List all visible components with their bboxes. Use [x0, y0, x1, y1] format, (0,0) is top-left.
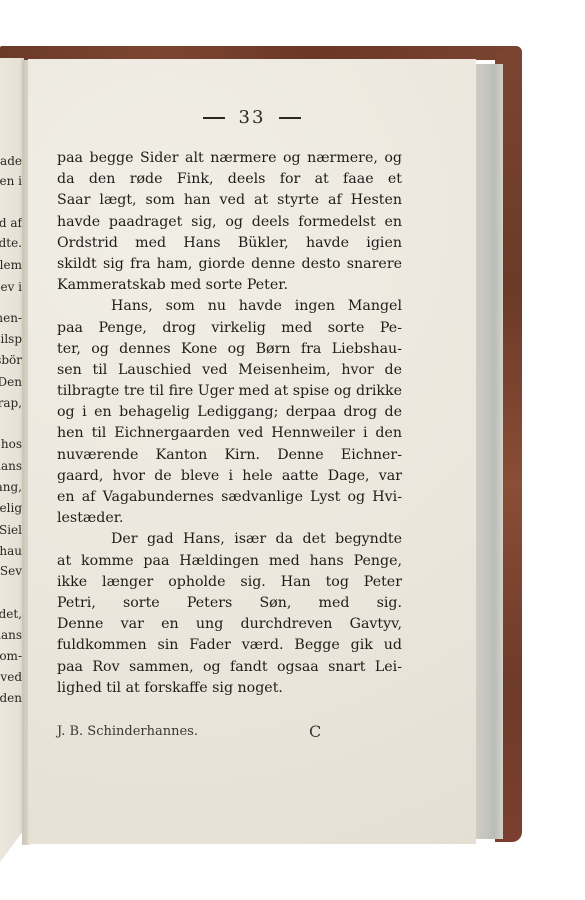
left-page-fragment: Sien i — [0, 174, 22, 188]
page-header: 33 — [28, 107, 476, 128]
left-page-fragment: indet, — [0, 607, 22, 621]
left-page-fragment: Den — [0, 375, 22, 389]
book-cover-top-edge — [0, 46, 522, 60]
text-line: Kammeratskab med sorte Peter. — [57, 275, 402, 296]
left-page-fragment: hans — [0, 628, 22, 642]
left-page-fragment: trap, — [0, 396, 22, 410]
text-line: havde paadraget sig, og deels formedelst… — [57, 212, 402, 233]
text-line: paa Rov sammen, og fandt ogsaa snart Lei… — [57, 657, 402, 678]
left-page-fragment: Sev — [0, 564, 22, 578]
text-line: Saar lægt, som han ved at styrte af Hest… — [57, 190, 402, 211]
text-line: tilbragte tre til fire Uger med at spise… — [57, 381, 402, 402]
text-line: paa Penge, drog virkelig med sorte Pe- — [57, 318, 402, 339]
left-page-fragment: flade — [0, 154, 22, 168]
text-line: paa begge Sider alt nærmere og nærmere, … — [57, 148, 402, 169]
left-page-fragment: hans — [0, 459, 22, 473]
left-page-fragment: tilsp — [0, 332, 22, 346]
text-line: ikke længer opholde sig. Han tog Peter — [57, 572, 402, 593]
left-page-fragment: Siel — [0, 523, 22, 537]
left-page-fragment: e ved — [0, 670, 22, 684]
text-line: ter, og dennes Kone og Børn fra Liebshau… — [57, 339, 402, 360]
left-page-fragment: ud af — [0, 216, 22, 230]
left-page-fragment: kom- — [0, 649, 22, 663]
left-page-fragment: endte. — [0, 236, 22, 250]
text-line: sen til Lauschied ved Meisenheim, hvor d… — [57, 360, 402, 381]
text-line: Denne var en ung durchdreven Gavtyv, — [57, 614, 402, 635]
text-line: at komme paa Hældingen med hans Penge, — [57, 551, 402, 572]
text-line: nuværende Kanton Kirn. Denne Eichner- — [57, 445, 402, 466]
left-page-fragment: ang, — [0, 480, 22, 494]
left-page-fragment: isbör — [0, 353, 22, 367]
left-page-fragment: lev i — [0, 280, 22, 294]
text-line: skildt sig fra ham, giorde denne desto s… — [57, 254, 402, 275]
left-page-fragment: ellem — [0, 258, 22, 272]
running-title: J. B. Schinderhannes. — [57, 724, 198, 739]
header-dash-right — [279, 117, 301, 119]
page-block-edge — [474, 64, 503, 839]
text-line: Hans, som nu havde ingen Mangel — [57, 296, 402, 317]
text-line: en af Vagabundernes sædvanlige Lyst og H… — [57, 487, 402, 508]
text-line: Petri, sorte Peters Søn, med sig. — [57, 593, 402, 614]
text-line: Der gad Hans, især da det begyndte — [57, 529, 402, 550]
text-line: hen til Eichnergaarden ved Hennweiler i … — [57, 423, 402, 444]
text-line: og i en behagelig Lediggang; derpaa drog… — [57, 402, 402, 423]
text-line: fuldkommen sin Fader værd. Begge gik ud — [57, 635, 402, 656]
page-footer: J. B. Schinderhannes. C — [57, 724, 357, 739]
text-line: lestæder. — [57, 508, 402, 529]
text-line: Ordstrid med Hans Bükler, havde igien — [57, 233, 402, 254]
left-page-fragment: e hos — [0, 437, 22, 451]
page-number: 33 — [239, 107, 266, 128]
text-line: gaard, hvor de bleve i hele aatte Dage, … — [57, 466, 402, 487]
header-dash-left — [203, 117, 225, 119]
page-body-text: paa begge Sider alt nærmere og nærmere, … — [57, 148, 402, 699]
left-page-fragment: gtelig — [0, 501, 22, 515]
text-line: lighed til at forskaffe sig noget. — [57, 678, 402, 699]
text-line: da den røde Fink, deels for at faae et — [57, 169, 402, 190]
left-page-fragment: anden — [0, 691, 22, 705]
left-page-fragment: hen- — [0, 311, 22, 325]
left-page-fragment: shau — [0, 544, 22, 558]
signature-mark: C — [309, 722, 321, 741]
